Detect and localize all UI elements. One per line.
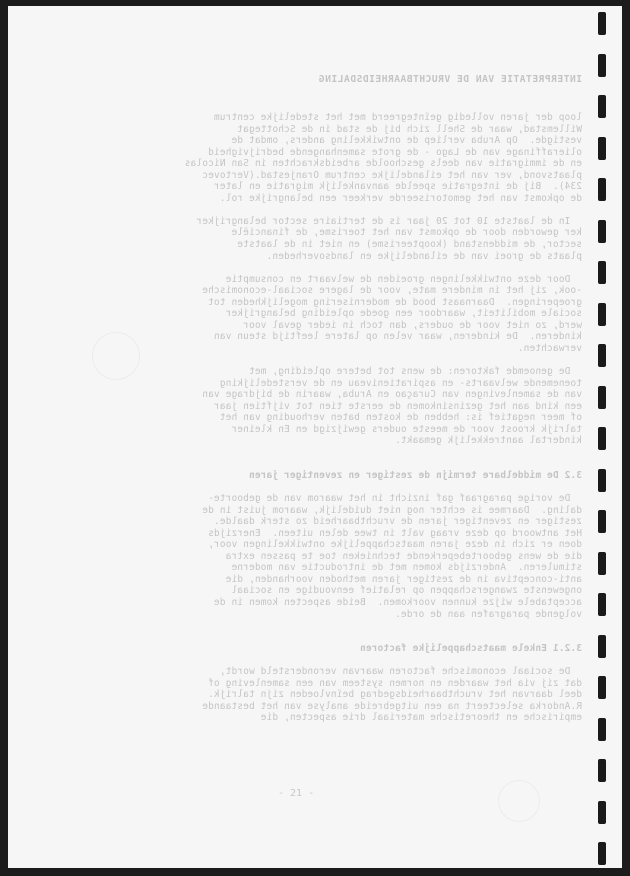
text-line: talrijk kroost voor de meeste ouders gew…: [185, 424, 582, 436]
ghost-circle-mark: [92, 332, 140, 380]
text-line: [185, 632, 582, 644]
text-line: anti-conceptiva in de zestiger jaren met…: [185, 574, 582, 586]
paragraph: loop der jaren volledig geïntegreerd met…: [185, 112, 582, 204]
ghost-circle-mark: [498, 780, 540, 822]
text-line: dat zij via het waarden en normen systee…: [185, 678, 582, 690]
paragraph: In de laatste 10 tot 20 jaar is de terti…: [185, 216, 582, 262]
text-line: De genoemde faktoren: de wens tot betere…: [185, 366, 582, 378]
text-line: werd, zo niet voor de ouders, dan toch i…: [185, 320, 582, 332]
text-line: groeperingen. Daarnaast bood de modernis…: [185, 297, 582, 309]
text-line: deel daarvan het vruchtbaarheidsgedrag b…: [185, 689, 582, 701]
text-line: verwachten.: [185, 343, 582, 355]
text-line: zestiger en zeventiger jaren de vruchtba…: [185, 516, 582, 528]
bleed-through-layer: INTERPRETATIE VAN DE VRUCHTBAARHEIDSDALI…: [8, 6, 622, 868]
paragraph: Door deze ontwikkelingen groeiden de wel…: [185, 274, 582, 355]
text-line: [185, 458, 582, 470]
text-line: vestigde. Op Aruba verliep de ontwikkeli…: [185, 135, 582, 147]
text-line: en de immigratie van deels geschoolde ar…: [185, 158, 582, 170]
text-line: 3.2.1 Enkele maatschappelijke factoren: [185, 643, 582, 655]
text-line: daling. Daarmee is echter nog niet duide…: [185, 505, 582, 517]
paragraph: De genoemde faktoren: de wens tot betere…: [185, 366, 582, 447]
text-line: olieraffinage van de Lago - de grote sam…: [185, 147, 582, 159]
text-line: van de samenlevingen van Curaçao en Arub…: [185, 389, 582, 401]
scanned-page: INTERPRETATIE VAN DE VRUCHTBAARHEIDSDALI…: [8, 6, 622, 868]
text-line: plaats de groei van de eilandelijke en l…: [185, 251, 582, 263]
section-heading: 3.2 De middelbare termijn de zestiger en…: [185, 458, 582, 481]
text-line: doen er zich in deze jaren maatschappeli…: [185, 539, 582, 551]
text-line: De sociaal economische factoren waarvan …: [185, 666, 582, 678]
text-line: Het antwoord op deze vraag valt in twee …: [185, 528, 582, 540]
text-line: In de laatste 10 tot 20 jaar is de terti…: [185, 216, 582, 228]
text-line: kindertal aantrekkelijk gemaakt.: [185, 435, 582, 447]
paragraph: De sociaal economische factoren waarvan …: [185, 666, 582, 724]
text-line: Door deze ontwikkelingen groeiden de wel…: [185, 274, 582, 286]
running-header: INTERPRETATIE VAN DE VRUCHTBAARHEIDSDALI…: [318, 74, 582, 86]
text-line: loop der jaren volledig geïntegreerd met…: [185, 112, 582, 124]
text-line: toenemende welvaarts- en aspiratieniveau…: [185, 378, 582, 390]
text-line: De vorige paragraaf gaf inzicht in het w…: [185, 493, 582, 505]
paragraph: De vorige paragraaf gaf inzicht in het w…: [185, 493, 582, 620]
text-line: kinderen. De kinderen, waar velen op lat…: [185, 331, 582, 343]
text-line: sector, de middenstand (koopteerisme) en…: [185, 239, 582, 251]
text-line: Willemstad, waar de Shell zich bij de st…: [185, 124, 582, 136]
text-line: sociale mobiliteit, waardoor een goede o…: [185, 308, 582, 320]
text-line: ongewenste zwangerschappen op relatief e…: [185, 585, 582, 597]
text-line: empirische en theoretische materiaal dri…: [185, 712, 582, 724]
page-number: - 21 -: [278, 788, 314, 799]
text-line: ker geworden door de opkomst van het toe…: [185, 227, 582, 239]
text-line: plaatsvond, ver van het eilandelijke cen…: [185, 170, 582, 182]
body-text: loop der jaren volledig geïntegreerd met…: [185, 112, 582, 736]
text-line: of meer negatief is: hebben de kosten ba…: [185, 412, 582, 424]
text-line: de opkomst van het gemotoriseerde verkee…: [185, 193, 582, 205]
text-line: -ook, zij het in mindere mate, voor de l…: [185, 285, 582, 297]
text-line: volgende paragrafen aan de orde.: [185, 609, 582, 621]
text-line: stimuleren. Anderzijds komen met de intr…: [185, 562, 582, 574]
text-line: R.Andorka selecteert na een uitgebreide …: [185, 701, 582, 713]
text-line: een kind aan het gezinsinkomen de eerste…: [185, 401, 582, 413]
text-line: acceptabele wijze kunnen voorkomen. Beid…: [185, 597, 582, 609]
text-line: 234). Bij de integratie speelde aanvanke…: [185, 181, 582, 193]
text-line: 3.2 De middelbare termijn de zestiger en…: [185, 470, 582, 482]
text-line: die de wens geboortebeperkende technieke…: [185, 551, 582, 563]
section-heading: 3.2.1 Enkele maatschappelijke factoren: [185, 632, 582, 655]
